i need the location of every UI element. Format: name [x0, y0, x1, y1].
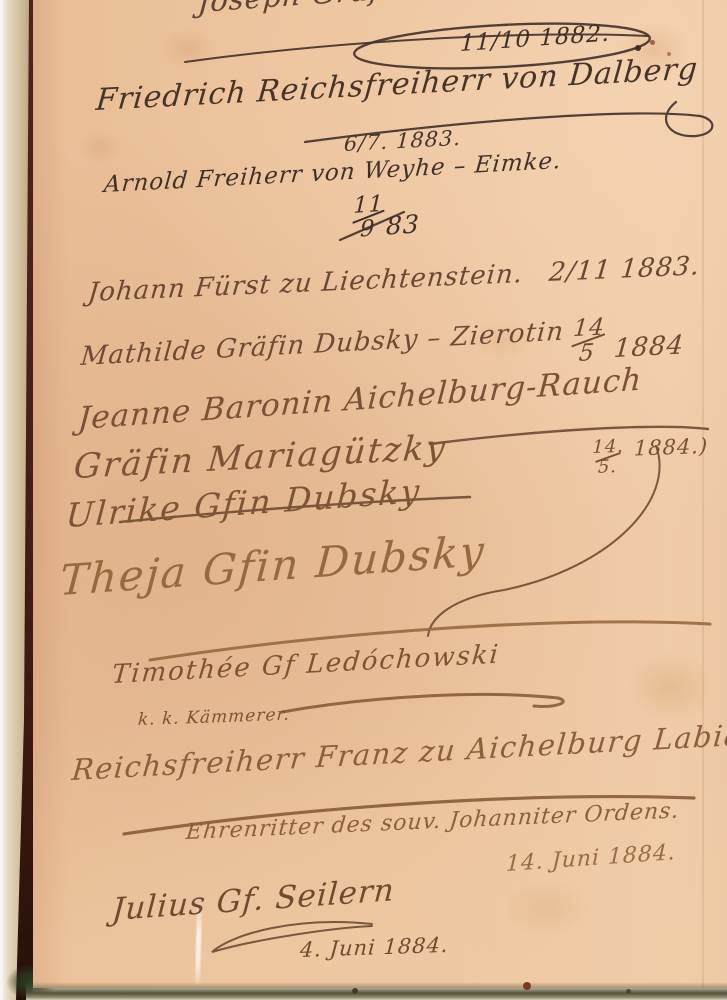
page-right-shading: [702, 0, 704, 988]
date-denominator: 9: [360, 219, 376, 240]
signature-date: 2/11 1883.: [548, 253, 701, 286]
date-denominator: 5.: [598, 459, 618, 476]
signature-weyhe-date: 11 9 83: [351, 191, 421, 240]
date-year: 83: [386, 211, 421, 238]
date-denominator: 5: [578, 342, 596, 364]
stacked-date: 11 9: [351, 194, 385, 241]
date-year: 1884: [613, 332, 685, 362]
scanned-guestbook-page: Joseph Graf Christalnigg 11/10 1882. Fri…: [0, 0, 727, 1000]
book-bottom-edge: [26, 982, 727, 1000]
signature-seilern-date: 4. Juni 1884.: [299, 935, 449, 961]
stacked-date: 14. 5.: [591, 439, 624, 477]
date-year: 1884.): [634, 436, 709, 460]
stacked-date: 14 5: [569, 316, 607, 364]
group-date-dubsky: 14. 5. 1884.): [591, 436, 708, 476]
